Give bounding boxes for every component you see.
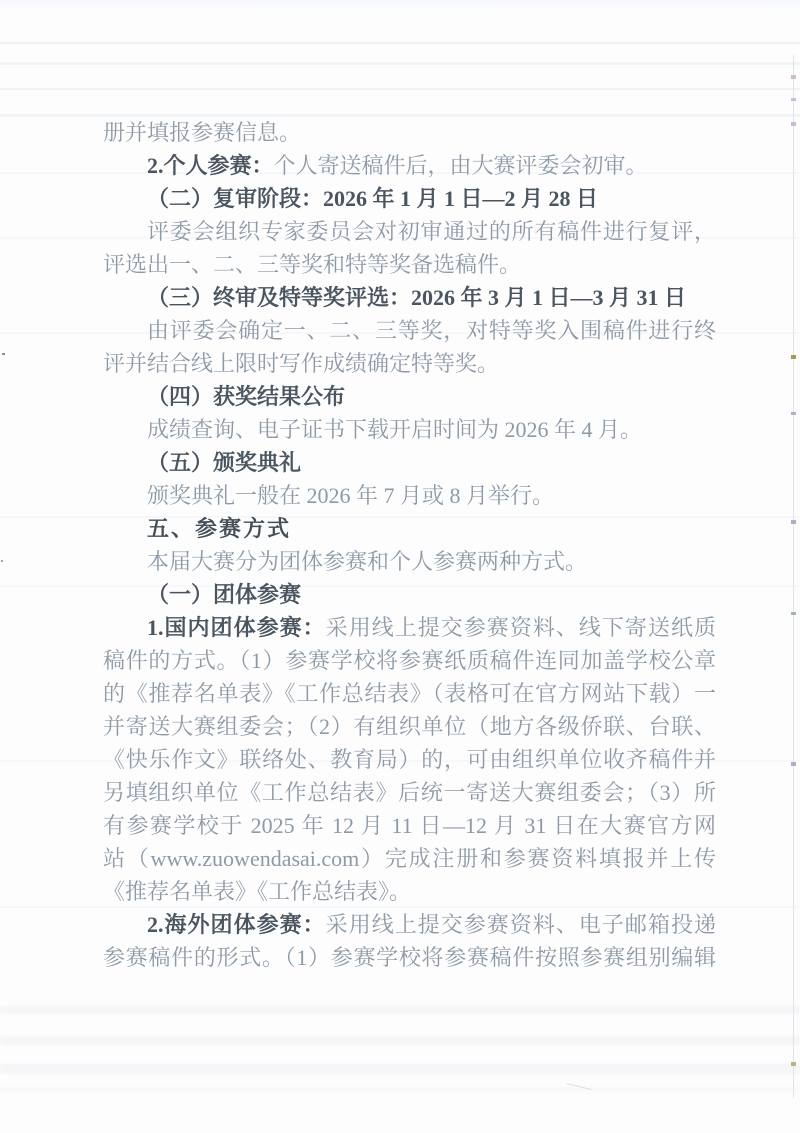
scan-edge-tick xyxy=(791,75,796,79)
text-run-body: 评并结合线上限时写作成绩确定特等奖。 xyxy=(103,351,499,376)
text-run-body: 册并填报参赛信息。 xyxy=(103,120,301,145)
text-line: 站（www.zuowendasai.com）完成注册和参赛资料填报并上传 xyxy=(103,842,716,875)
text-line: （五）颁奖典礼 xyxy=(103,446,716,479)
text-line: 稿件的方式。（1）参赛学校将参赛纸质稿件连同加盖学校公章 xyxy=(103,644,716,677)
text-line: 颁奖典礼一般在 2026 年 7 月或 8 月举行。 xyxy=(103,479,716,512)
text-run-body: 参赛稿件的形式。（1）参赛学校将参赛稿件按照参赛组别编辑 xyxy=(103,945,716,970)
scan-edge-tick xyxy=(791,122,796,126)
text-line: （一）团体参赛 xyxy=(103,578,716,611)
text-line: 并寄送大赛组委会；（2）有组织单位（地方各级侨联、台联、 xyxy=(103,710,716,743)
text-line: 本届大赛分为团体参赛和个人参赛两种方式。 xyxy=(103,545,716,578)
text-run-body: 的《推荐名单表》《工作总结表》（表格可在官方网站下载）一 xyxy=(103,681,716,706)
text-run-body: 由评委会确定一、二、三等奖，对特等奖入围稿件进行终 xyxy=(147,318,716,343)
text-run-bold: 1.国内团体参赛： xyxy=(147,615,326,640)
text-run-body: 评选出一、二、三等奖和特等奖备选稿件。 xyxy=(103,252,521,277)
text-line: 由评委会确定一、二、三等奖，对特等奖入围稿件进行终 xyxy=(103,314,716,347)
scan-grain-band xyxy=(0,1086,800,1092)
text-run-body: 评委会组织专家委员会对初审通过的所有稿件进行复评， xyxy=(147,219,716,244)
text-run-body: 稿件的方式。（1）参赛学校将参赛纸质稿件连同加盖学校公章 xyxy=(103,648,716,673)
text-line: 《快乐作文》联络处、教育局）的，可由组织单位收齐稿件并 xyxy=(103,743,716,776)
text-line: 五、参赛方式 xyxy=(103,512,716,545)
text-line: 2.个人参赛：个人寄送稿件后，由大赛评委会初审。 xyxy=(103,149,716,182)
text-line: 有参赛学校于 2025 年 12 月 11 日—12 月 31 日在大赛官方网 xyxy=(103,809,716,842)
text-run-bold: 2.个人参赛： xyxy=(147,153,274,178)
scan-edge-tick xyxy=(791,1062,796,1066)
text-line: 册并填报参赛信息。 xyxy=(103,116,716,149)
text-line: 《推荐名单表》《工作总结表》。 xyxy=(103,875,716,908)
text-run-body: 颁奖典礼一般在 2026 年 7 月或 8 月举行。 xyxy=(147,483,554,508)
text-run-body: 个人寄送稿件后，由大赛评委会初审。 xyxy=(274,153,648,178)
text-run-body: 成绩查询、电子证书下载开启时间为 2026 年 4 月。 xyxy=(147,417,642,442)
scan-grain-band xyxy=(0,1036,800,1045)
text-line: 参赛稿件的形式。（1）参赛学校将参赛稿件按照参赛组别编辑 xyxy=(103,941,716,974)
scan-edge-line xyxy=(793,55,794,1098)
text-line: 成绩查询、电子证书下载开启时间为 2026 年 4 月。 xyxy=(103,413,716,446)
text-line: 评并结合线上限时写作成绩确定特等奖。 xyxy=(103,347,716,380)
text-line: 评选出一、二、三等奖和特等奖备选稿件。 xyxy=(103,248,716,281)
text-run-body: 本届大赛分为团体参赛和个人参赛两种方式。 xyxy=(147,549,587,574)
scan-edge-tick xyxy=(791,520,796,524)
text-line: 另填组织单位《工作总结表》后统一寄送大赛组委会；（3）所 xyxy=(103,776,716,809)
text-run-bold: （三）终审及特等奖评选：2026 年 3 月 1 日—3 月 31 日 xyxy=(147,285,686,310)
scan-scratch xyxy=(566,1083,591,1090)
text-run-bold: 2.海外团体参赛： xyxy=(147,912,326,937)
text-line: 1.国内团体参赛：采用线上提交参赛资料、线下寄送纸质 xyxy=(103,611,716,644)
text-run-bold: （二）复审阶段：2026 年 1 月 1 日—2 月 28 日 xyxy=(147,186,598,211)
scan-edge-tick xyxy=(791,412,796,415)
text-line: 2.海外团体参赛：采用线上提交参赛资料、电子邮箱投递 xyxy=(103,908,716,941)
text-run-h1: 五、参赛方式 xyxy=(147,516,291,541)
text-run-body: 《快乐作文》联络处、教育局）的，可由组织单位收齐稿件并 xyxy=(103,747,716,772)
text-run-bold: （五）颁奖典礼 xyxy=(147,450,301,475)
text-line: （四）获奖结果公布 xyxy=(103,380,716,413)
scan-streak xyxy=(0,88,800,90)
text-run-bold: （一）团体参赛 xyxy=(147,582,301,607)
scan-speck xyxy=(1,560,3,562)
scan-streak xyxy=(0,42,800,44)
text-line: 的《推荐名单表》《工作总结表》（表格可在官方网站下载）一 xyxy=(103,677,716,710)
scan-edge-tick xyxy=(791,98,796,101)
document-body: 册并填报参赛信息。2.个人参赛：个人寄送稿件后，由大赛评委会初审。（二）复审阶段… xyxy=(103,116,716,974)
scan-grain-band xyxy=(0,1006,800,1014)
scanned-page: 册并填报参赛信息。2.个人参赛：个人寄送稿件后，由大赛评委会初审。（二）复审阶段… xyxy=(0,0,800,1133)
text-run-body: 并寄送大赛组委会；（2）有组织单位（地方各级侨联、台联、 xyxy=(103,714,716,739)
text-line: （三）终审及特等奖评选：2026 年 3 月 1 日—3 月 31 日 xyxy=(103,281,716,314)
text-line: 评委会组织专家委员会对初审通过的所有稿件进行复评， xyxy=(103,215,716,248)
scan-speck xyxy=(2,353,5,355)
text-run-body: 采用线上提交参赛资料、电子邮箱投递 xyxy=(326,912,716,937)
text-run-body: 有参赛学校于 2025 年 12 月 11 日—12 月 31 日在大赛官方网 xyxy=(103,813,716,838)
text-run-body: 《推荐名单表》《工作总结表》。 xyxy=(103,879,411,904)
scan-streak xyxy=(0,62,800,65)
scan-edge-tick xyxy=(791,355,796,359)
text-run-body: 采用线上提交参赛资料、线下寄送纸质 xyxy=(326,615,716,640)
scan-edge-tick xyxy=(791,762,796,766)
text-line: （二）复审阶段：2026 年 1 月 1 日—2 月 28 日 xyxy=(103,182,716,215)
text-run-body: 另填组织单位《工作总结表》后统一寄送大赛组委会；（3）所 xyxy=(103,780,716,805)
scan-grain-band xyxy=(0,1064,800,1074)
text-run-body: 站（www.zuowendasai.com）完成注册和参赛资料填报并上传 xyxy=(103,846,716,871)
scan-edge-tick xyxy=(791,612,796,615)
text-run-bold: （四）获奖结果公布 xyxy=(147,384,345,409)
